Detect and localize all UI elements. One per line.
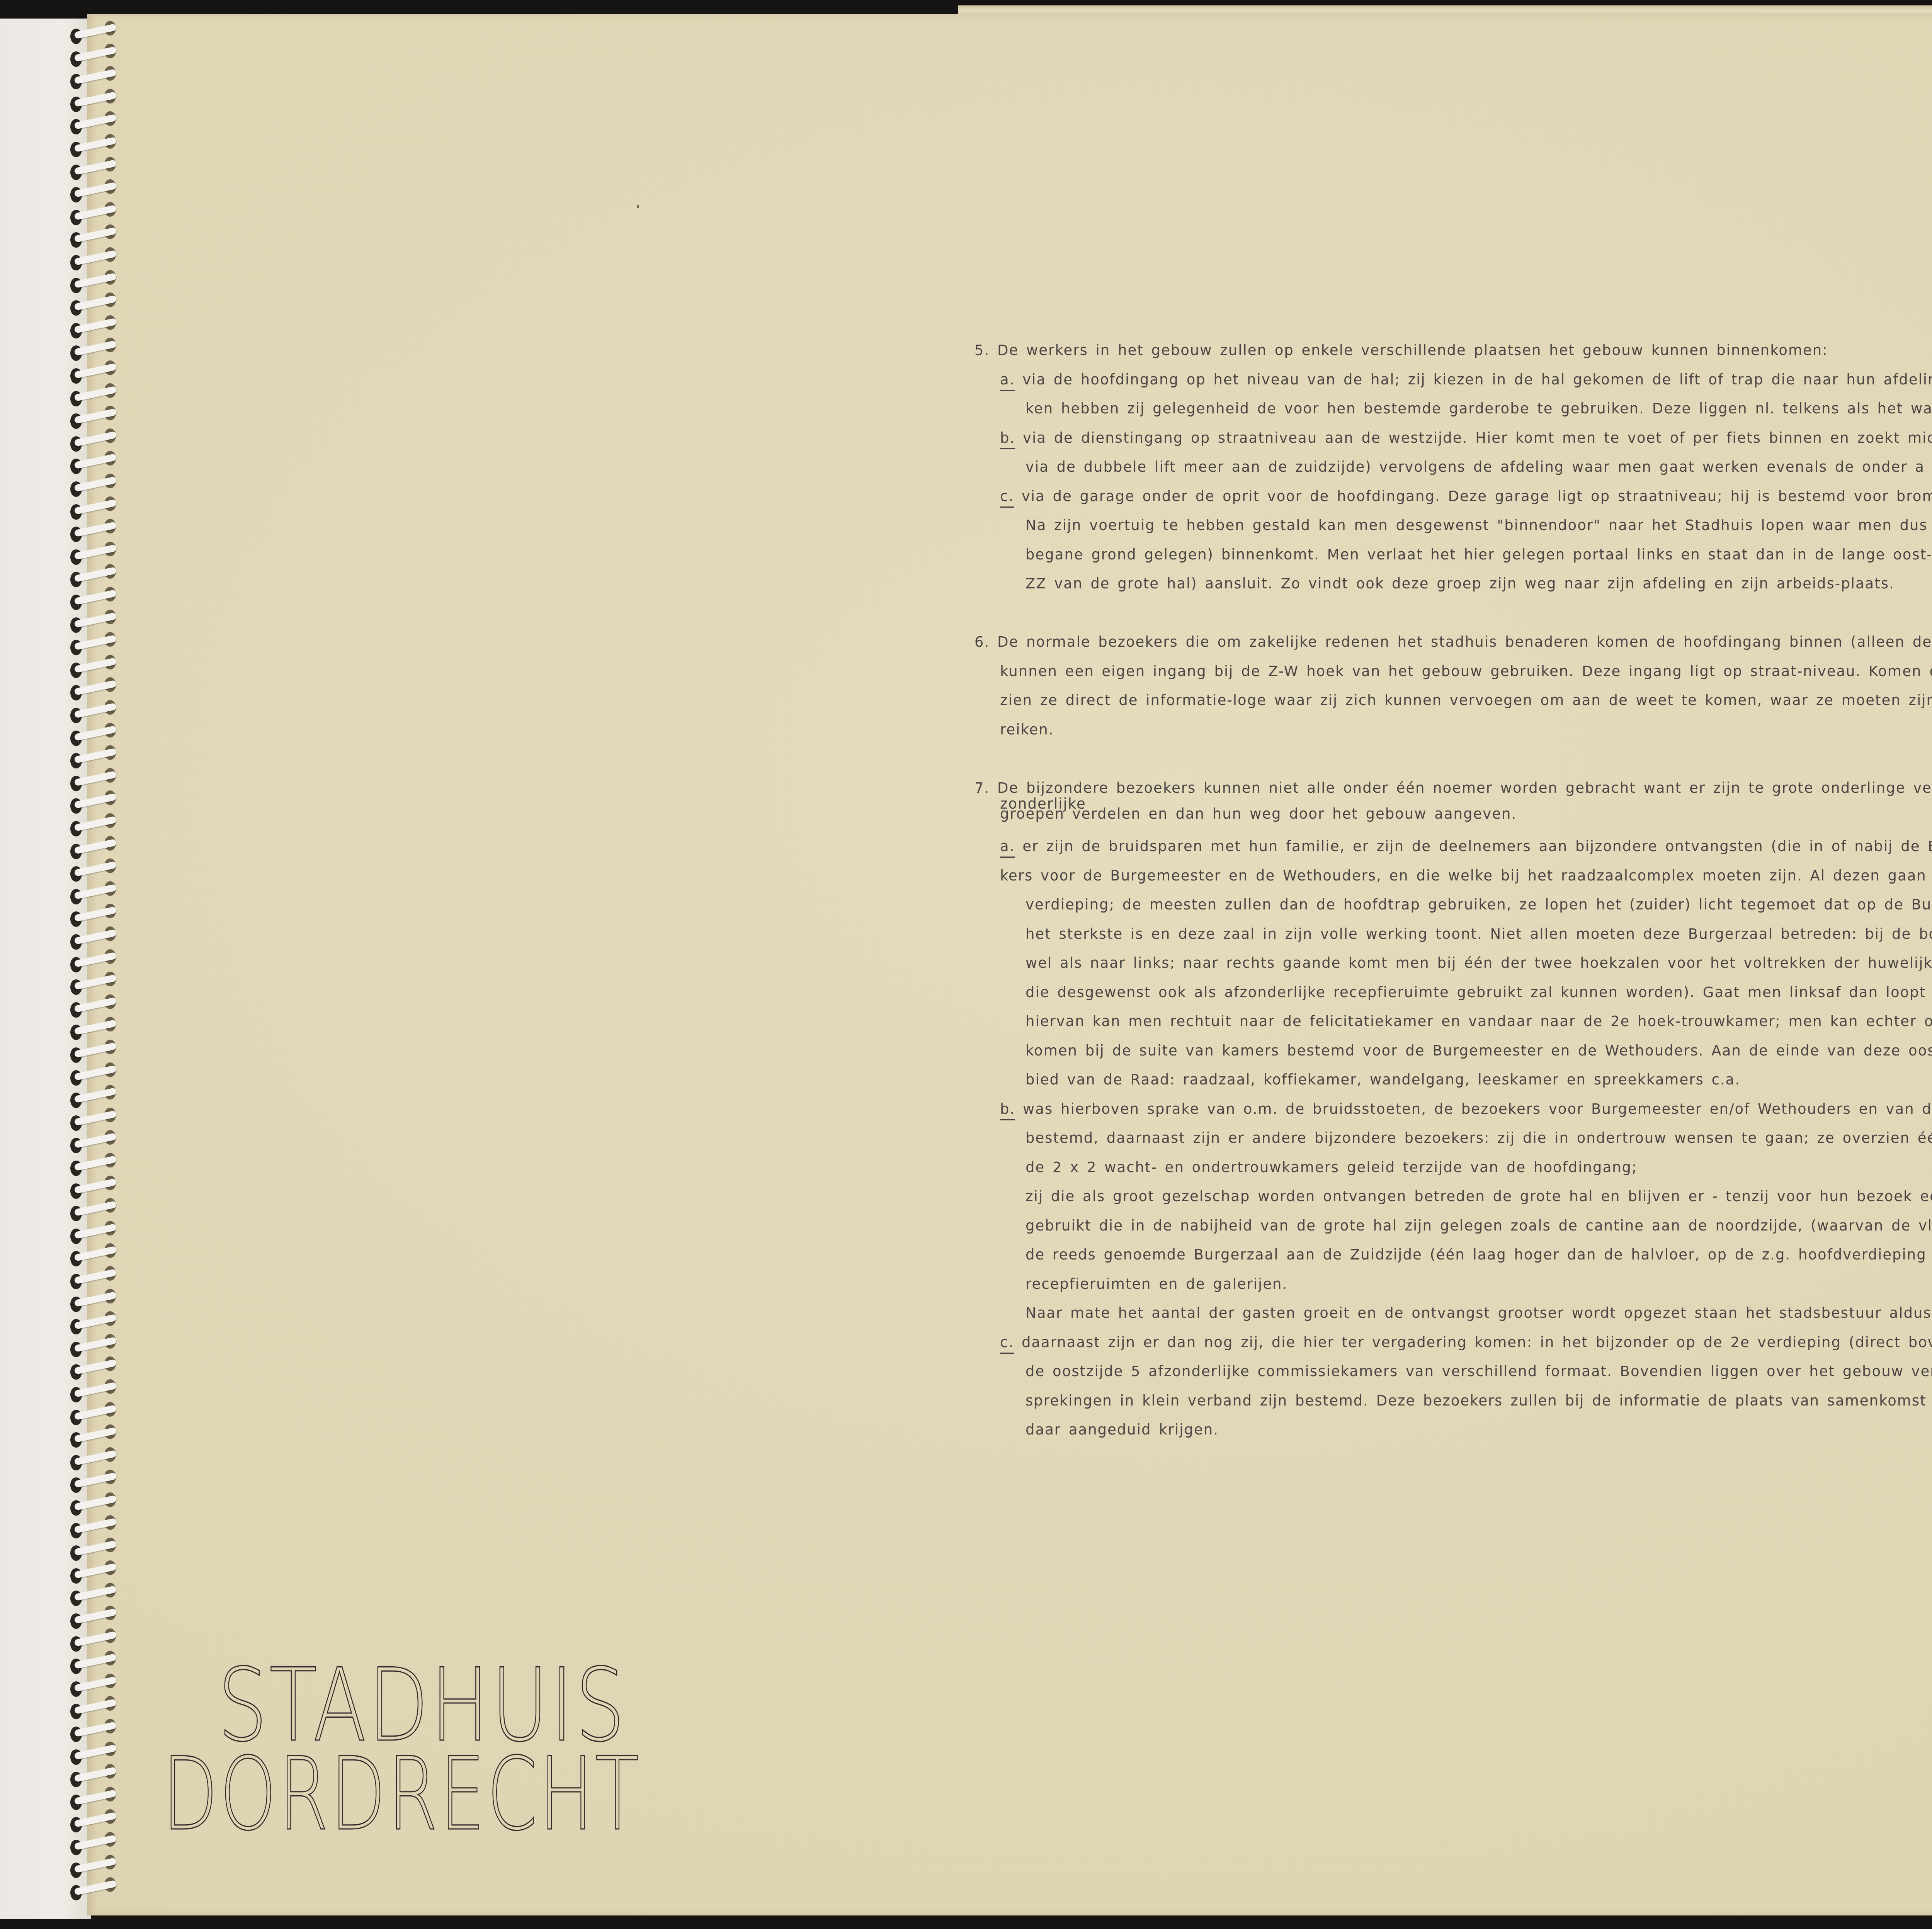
s6-cont: reiken. [975,715,1932,744]
s7-item-b-cont: Naar mate het aantal der gasten groeit e… [975,1298,1932,1328]
spiral-coil [66,1340,124,1356]
item-marker-b: b. [1000,430,1015,446]
s7-item-b-cont: zij die als groot gezelschap worden ontv… [975,1182,1932,1211]
s5-item-c: c. via de garage onder de oprit voor de … [975,482,1932,511]
spiral-coil [66,1227,124,1242]
s7-item-a-cont: hiervan kan men rechtuit naar de felicit… [975,1007,1932,1036]
s7-heading: 7. De bijzondere bezoekers kunnen niet a… [975,773,1932,803]
s7-item-a-cont: het sterkste is en deze zaal in zijn vol… [975,919,1932,949]
title-line-2: DORDRECHT [162,1750,641,1839]
spiral-coil [66,185,124,201]
s5-item-b-cont: via de dubbele lift meer aan de zuidzijd… [975,452,1932,482]
spiral-coil [66,842,124,858]
spiral-coil [66,140,124,156]
s7-item-a: a. er zijn de bruidsparen met hun famili… [975,832,1932,861]
s7-item-a-cont: die desgewenst ook als afzonderlijke rec… [975,978,1932,1007]
spiral-coil [66,344,124,359]
spiral-coil [66,1635,124,1650]
spiral-coil [66,1838,124,1854]
spiral-coil [66,1136,124,1152]
document-title: STADHUIS DORDRECHT [162,1661,827,1839]
spiral-coil [66,1793,124,1808]
spiral-coil [66,1069,124,1084]
spiral-coil [66,1815,124,1831]
item-marker-c: c. [1000,488,1014,505]
s7-item-b-cont: recepfieruimten en de galerijen. [975,1270,1932,1299]
spiral-coil [66,1657,124,1672]
spiral-coil [66,525,124,540]
spiral-coil [66,1567,124,1582]
s7-item-b-cont: gebruikt die in de nabijheid van de grot… [975,1211,1932,1241]
spiral-coil [66,1725,124,1740]
spiral-coil [66,1272,124,1288]
s7-item-b: b. was hierboven sprake van o.m. de brui… [975,1095,1932,1124]
s7-item-a-cont: komen bij de suite van kamers bestemd vo… [975,1036,1932,1066]
spiral-coil [66,95,124,110]
spiral-coil [66,1680,124,1695]
s7-cont: zonderlijke groepen verdelen en dan hun … [975,802,1932,826]
spiral-coil [66,1159,124,1174]
spiral-coil [66,163,124,178]
spiral-coil [66,72,124,88]
spiral-coil [66,638,124,654]
s5-heading: 5. De werkers in het gebouw zullen op en… [975,336,1932,365]
s6-heading: 6. De normale bezoekers die om zakelijke… [975,627,1932,657]
spiral-coil [66,751,124,767]
spiral-coil [66,1204,124,1220]
s5-item-a-cont: ken hebben zij gelegenheid de voor hen b… [975,394,1932,423]
spiral-coil [66,117,124,133]
spiral-coil [66,1453,124,1469]
spiral-coil [66,1317,124,1333]
item-marker-a: a. [1000,371,1015,388]
spiral-coil [66,570,124,586]
s7-overlap-word: zonderlijke [1000,792,1086,816]
spiral-coil [66,231,124,246]
item-marker-a: a. [1000,838,1015,855]
spiral-coil [66,367,124,382]
spiral-coil [66,1748,124,1763]
spiral-coil [66,865,124,880]
paper-speck [637,205,639,208]
spiral-coil [66,1499,124,1514]
spiral-coil [66,1521,124,1537]
s6-cont: kunnen een eigen ingang bij de Z-W hoek … [975,657,1932,686]
s5-item-c-cont: begane grond gelegen) binnenkomt. Men ve… [975,540,1932,569]
spiral-coil [66,1544,124,1559]
item-marker-b: b. [1000,1101,1015,1117]
spiral-coil [66,299,124,314]
spiral-coil [66,955,124,971]
s7-item-b-cont: de reeds genoemde Burgerzaal aan de Zuid… [975,1240,1932,1270]
s7-item-b-cont: bestemd, daarnaast zijn er andere bijzon… [975,1123,1932,1153]
s7-item-a-cont: bied van de Raad: raadzaal, koffiekamer,… [975,1065,1932,1095]
s5-item-a: a. via de hoofdingang op het niveau van … [975,365,1932,394]
spiral-coil [66,1589,124,1604]
s5-item-b: b. via de dienstingang op straatniveau a… [975,423,1932,453]
spiral-coil [66,276,124,292]
s7-item-a-cont: kers voor de Burgemeester en de Wethoude… [975,861,1932,891]
spiral-coil [66,729,124,744]
spiral-coil [66,1001,124,1016]
spiral-coil [66,933,124,948]
spiral-coil [66,887,124,903]
s6-cont: zien ze direct de informatie-loge waar z… [975,686,1932,715]
body-text: 5. De werkers in het gebouw zullen op en… [975,336,1932,1445]
s7-item-c-cont: sprekingen in klein verband zijn bestemd… [975,1386,1932,1416]
spiral-coil [66,1114,124,1129]
s7-item-c-cont: daar aangeduid krijgen. [975,1415,1932,1445]
spiral-coil [66,1363,124,1378]
spiral-coil [66,1702,124,1718]
spiral-coil [66,683,124,699]
spiral-coil [66,503,124,518]
spiral-coil [66,1408,124,1424]
spiral-coil [66,978,124,993]
spiral-coil [66,1883,124,1899]
spiral-coil [66,910,124,925]
s7-item-b-cont: de 2 x 2 wacht- en ondertrouwkamers gele… [975,1153,1932,1182]
spiral-coil [66,27,124,42]
spiral-coil [66,1770,124,1786]
s7-item-a-cont: wel als naar links; naar rechts gaande k… [975,948,1932,978]
spiral-coil [66,616,124,631]
spiral-coil [66,1295,124,1310]
s7-item-c-cont: de oostzijde 5 afzonderlijke commissieka… [975,1357,1932,1386]
spiral-coil [66,1431,124,1446]
spiral-coil [66,457,124,472]
spiral-coil [66,706,124,722]
spiral-coil [66,50,124,65]
spiral-coil [66,389,124,405]
spiral-coil [66,253,124,269]
spiral-coil [66,208,124,224]
spiral-coil [66,661,124,676]
spiral-coil [66,1091,124,1106]
spiral-binding [66,23,128,1909]
spiral-coil [66,1249,124,1265]
spiral-coil [66,435,124,450]
spiral-coil [66,480,124,495]
spiral-coil [66,321,124,337]
spiral-coil [66,1023,124,1038]
spiral-coil [66,593,124,608]
item-marker-c: c. [1000,1334,1014,1351]
spiral-coil [66,774,124,790]
s5-item-c-cont: ZZ van de grote hal) aansluit. Zo vindt … [975,569,1932,598]
s7-item-a-cont: verdieping; de meesten zullen dan de hoo… [975,890,1932,919]
spiral-coil [66,412,124,427]
spiral-coil [66,1182,124,1197]
spiral-coil [66,1861,124,1876]
spiral-coil [66,548,124,563]
spiral-coil [66,819,124,835]
spiral-coil [66,1476,124,1491]
s5-item-c-cont: Na zijn voertuig te hebben gestald kan m… [975,511,1932,540]
spiral-coil [66,1385,124,1401]
spiral-coil [66,1612,124,1627]
spiral-coil [66,1046,124,1061]
s7-item-c: c. daarnaast zijn er dan nog zij, die hi… [975,1328,1932,1357]
spiral-coil [66,797,124,812]
